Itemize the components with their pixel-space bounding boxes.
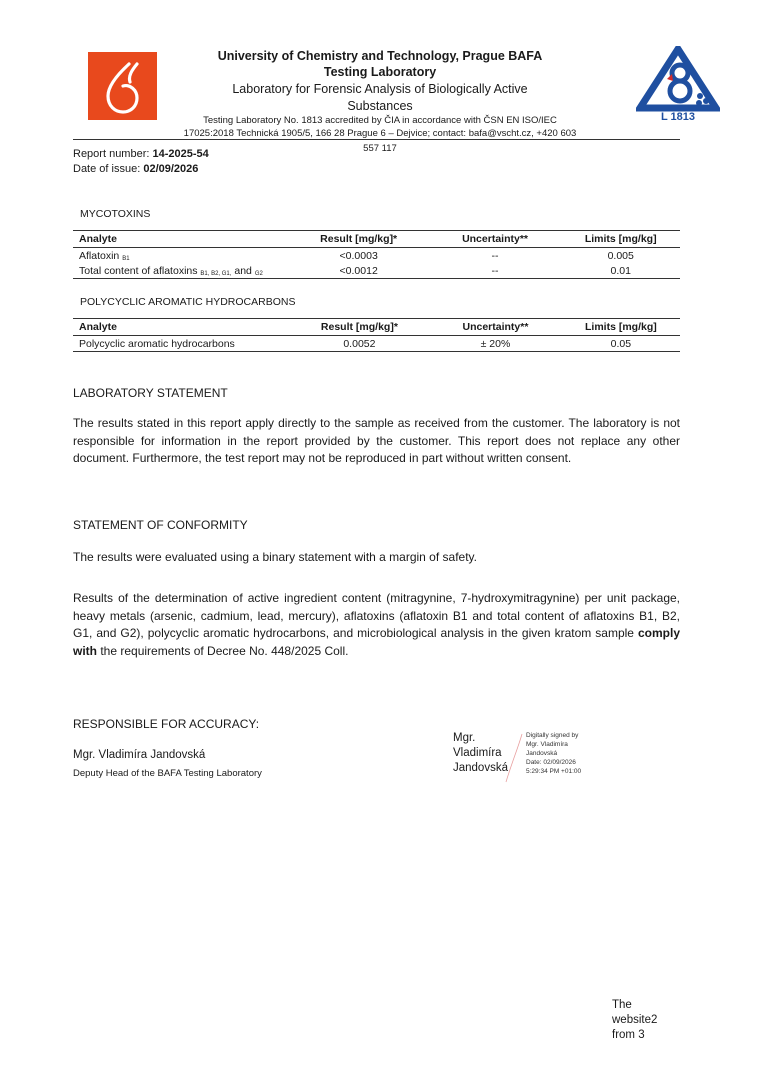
- page-footer: The website2 from 3: [612, 998, 657, 1043]
- limit-cell: 0.005: [561, 248, 680, 264]
- column-header: Limits [mg/kg]: [562, 319, 680, 336]
- uncertainty-cell: --: [429, 248, 562, 264]
- analyte-cell: Aflatoxin B1: [73, 248, 289, 264]
- column-header: Result [mg/kg]*: [290, 319, 430, 336]
- column-header: Analyte: [73, 231, 289, 248]
- result-cell: <0.0003: [289, 248, 429, 264]
- institution-name: University of Chemistry and Technology, …: [160, 49, 600, 63]
- mycotoxins-title: MYCOTOXINS: [80, 208, 150, 220]
- date-of-issue: Date of issue: 02/09/2026: [73, 163, 198, 175]
- date-label: Date of issue:: [73, 163, 143, 175]
- report-number-value: 14-2025-54: [152, 148, 208, 160]
- column-header: Result [mg/kg]*: [289, 231, 429, 248]
- pah-title: POLYCYCLIC AROMATIC HYDROCARBONS: [80, 296, 295, 308]
- lab-full-name-line2: Substances: [160, 99, 600, 113]
- table-row: Aflatoxin B1 <0.0003 -- 0.005: [73, 248, 680, 264]
- svg-text:L 1813: L 1813: [661, 111, 695, 122]
- report-number: Report number: 14-2025-54: [73, 148, 209, 160]
- column-header: Limits [mg/kg]: [561, 231, 680, 248]
- header-divider: [73, 139, 680, 140]
- result-cell: <0.0012: [289, 263, 429, 279]
- accreditation-line3: 557 117: [160, 143, 600, 154]
- analyte-cell: Polycyclic aromatic hydrocarbons: [73, 336, 290, 352]
- drop-icon: [88, 52, 157, 120]
- uncertainty-cell: ± 20%: [429, 336, 562, 352]
- analyte-cell: Total content of aflatoxins B1, B2, G1, …: [73, 263, 289, 279]
- accreditation-logo: L 1813: [636, 46, 720, 122]
- lab-statement-title: LABORATORY STATEMENT: [73, 386, 228, 400]
- conformity-text2: Results of the determination of active i…: [73, 590, 680, 660]
- responsible-name: Mgr. Vladimíra Jandovská: [73, 749, 205, 761]
- uncertainty-cell: --: [429, 263, 562, 279]
- table-header-row: Analyte Result [mg/kg]* Uncertainty** Li…: [73, 231, 680, 248]
- accreditation-line2: 17025:2018 Technická 1905/5, 166 28 Prag…: [160, 128, 600, 139]
- pah-table: Analyte Result [mg/kg]* Uncertainty** Li…: [73, 318, 680, 352]
- report-number-label: Report number:: [73, 148, 152, 160]
- vscht-logo: [88, 52, 157, 120]
- accreditation-line1: Testing Laboratory No. 1813 accredited b…: [160, 115, 600, 126]
- cia-triangle-icon: L 1813: [636, 46, 720, 122]
- digital-signature-info: Digitally signed by Mgr. Vladimíra Jando…: [526, 731, 581, 776]
- table-header-row: Analyte Result [mg/kg]* Uncertainty** Li…: [73, 319, 680, 336]
- conformity-text1: The results were evaluated using a binar…: [73, 549, 680, 567]
- table-row: Polycyclic aromatic hydrocarbons 0.0052 …: [73, 336, 680, 352]
- column-header: Uncertainty**: [429, 231, 562, 248]
- mycotoxins-table: Analyte Result [mg/kg]* Uncertainty** Li…: [73, 230, 680, 279]
- result-cell: 0.0052: [290, 336, 430, 352]
- lab-full-name-line1: Laboratory for Forensic Analysis of Biol…: [160, 82, 600, 96]
- responsible-role: Deputy Head of the BAFA Testing Laborato…: [73, 768, 262, 779]
- column-header: Uncertainty**: [429, 319, 562, 336]
- date-value: 02/09/2026: [143, 163, 198, 175]
- limit-cell: 0.01: [561, 263, 680, 279]
- responsible-title: RESPONSIBLE FOR ACCURACY:: [73, 717, 259, 731]
- table-row: Total content of aflatoxins B1, B2, G1, …: [73, 263, 680, 279]
- lab-statement-text: The results stated in this report apply …: [73, 415, 680, 468]
- conformity-title: STATEMENT OF CONFORMITY: [73, 518, 248, 532]
- lab-name: Testing Laboratory: [160, 65, 600, 79]
- limit-cell: 0.05: [562, 336, 680, 352]
- column-header: Analyte: [73, 319, 290, 336]
